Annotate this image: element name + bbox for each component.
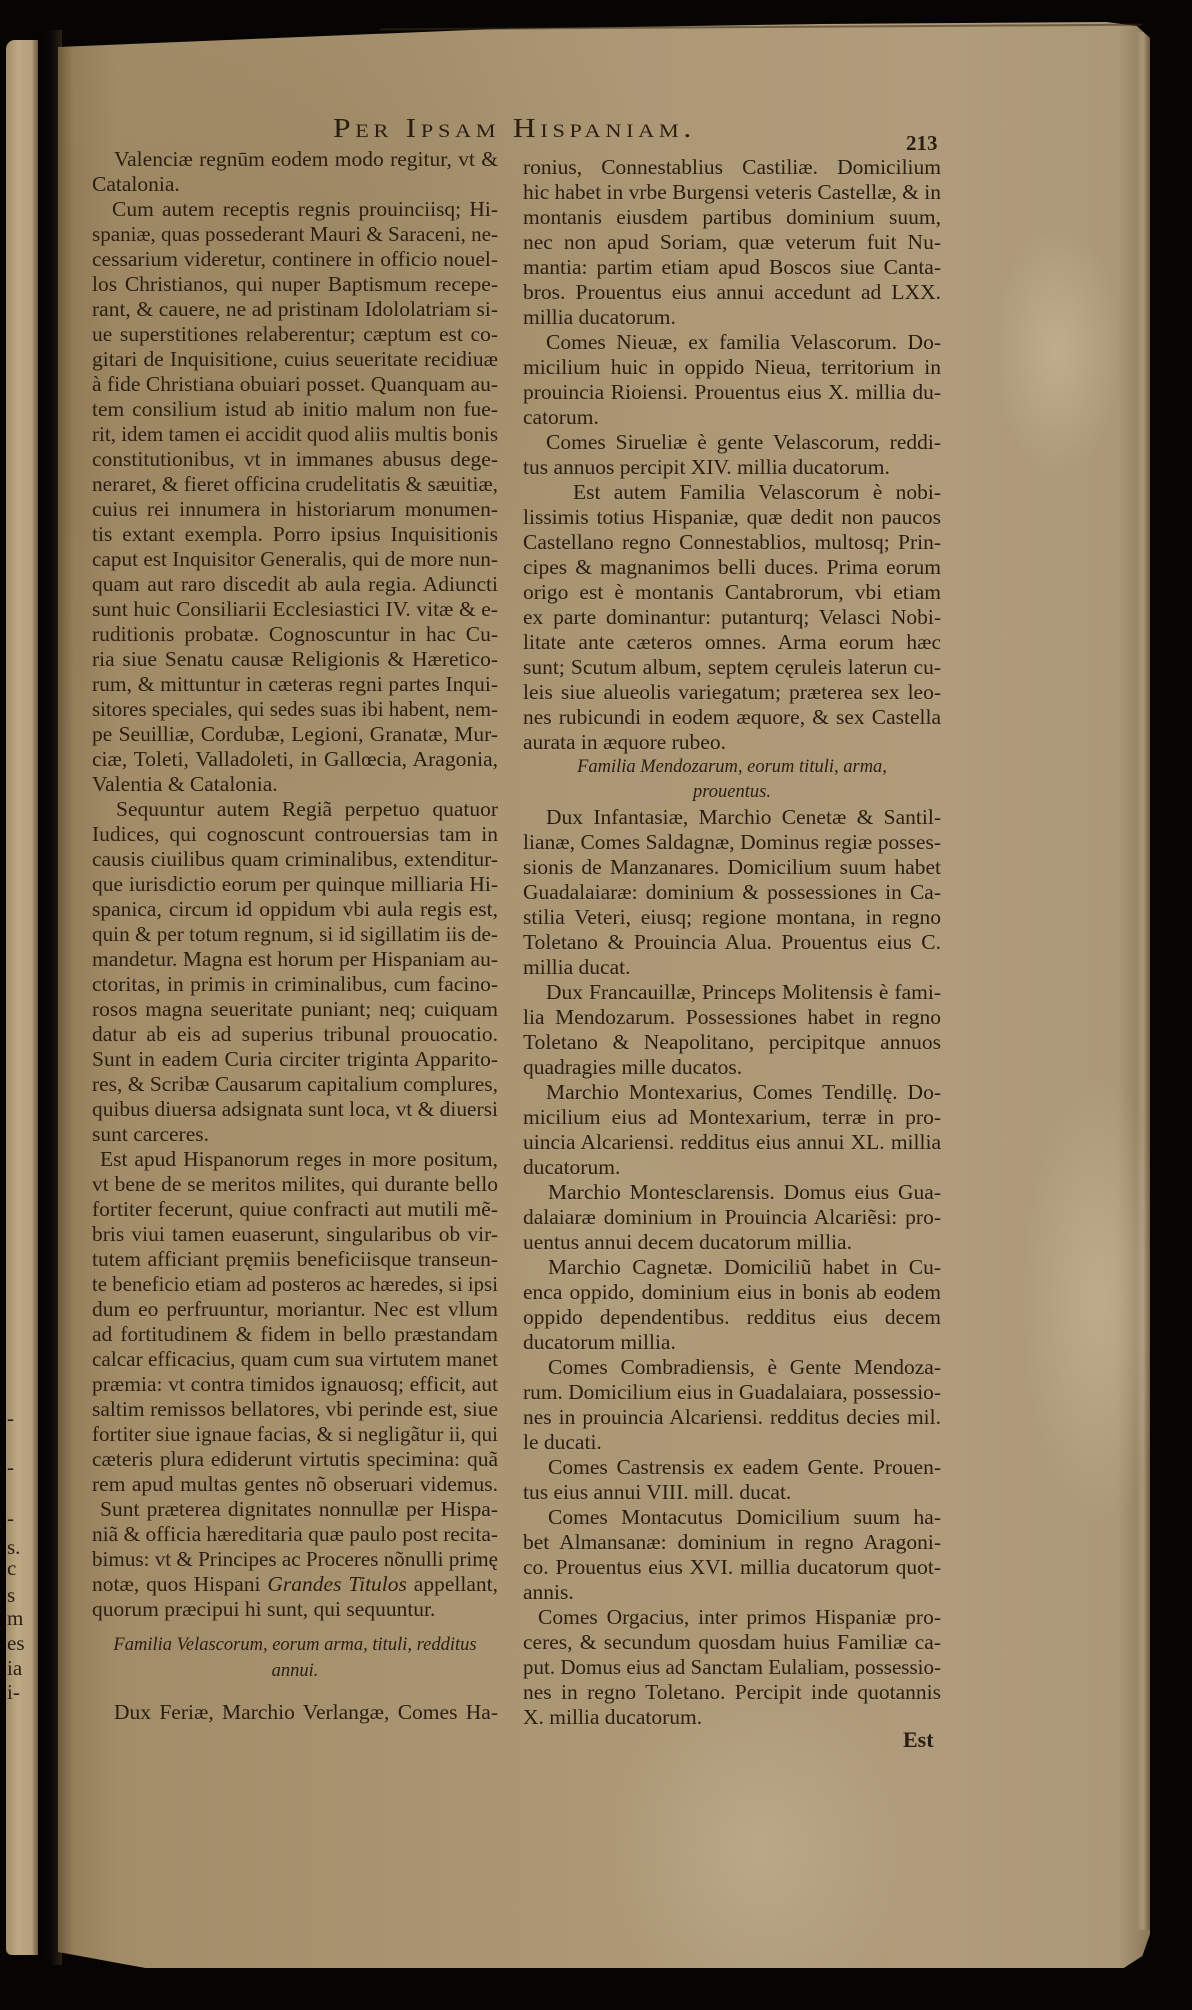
text-line: Castellano regno Connestablios, multosq;… — [523, 530, 941, 555]
line-text: quadragies mille ducatos. — [523, 1055, 742, 1080]
line-text: enca oppido, dominium eius in bonis ab e… — [523, 1280, 941, 1305]
text-line: Dux Infantasiæ, Marchio Cenetæ & Santil- — [523, 805, 941, 830]
text-line: caput est Inquisitor Generalis, qui de m… — [92, 547, 498, 572]
line-text: Castellano regno Connestablios, multosq;… — [523, 530, 941, 555]
line-text: Marchio Montesclarensis. Domus eius Gua- — [548, 1180, 941, 1205]
line-text: Comes Combradiensis, è Gente Mendoza- — [548, 1355, 941, 1380]
text-line: Comes Nieuæ, ex familia Velascorum. Do- — [523, 330, 941, 355]
line-text: rum. Domicilium eius in Guadalaiara, pos… — [523, 1380, 941, 1405]
text-line: uentus annui decem ducatorum millia. — [523, 1230, 941, 1255]
line-text: micilium huic in oppido Nieua, territori… — [523, 355, 941, 380]
text-line: Comes Sirueliæ è gente Velascorum, reddi… — [523, 430, 941, 455]
line-text: ducatorum millia. — [523, 1330, 676, 1355]
line-text: annui. — [272, 1659, 319, 1684]
text-line: le ducati. — [523, 1430, 941, 1455]
line-text: Valenciæ regnūm eodem modo regitur, vt & — [114, 147, 498, 172]
line-text: ue superstitiones relaberentur; cæptum e… — [92, 322, 498, 347]
text-line: ad fortitudinem & fidem in bello præstan… — [92, 1322, 498, 1347]
line-text: Comes Nieuæ, ex familia Velascorum. Do- — [546, 330, 941, 355]
text-line: dum eo perfruuntur, moriantur. Nec est v… — [92, 1297, 498, 1322]
text-line: que iurisdictio eorum per quinque millia… — [92, 872, 498, 897]
text-line: tis extant exempla. Porro ipsius Inquisi… — [92, 522, 498, 547]
line-text: Comes Sirueliæ è gente Velascorum, reddi… — [546, 430, 941, 455]
line-text: stilia Veteri, eiusq; regione montana, i… — [523, 905, 941, 930]
text-line: Cum autem receptis regnis prouinciisq; H… — [92, 197, 498, 222]
text-line: ceres, & secundum quosdam huius Familiæ … — [523, 1630, 941, 1655]
line-text: quibus diuersa adsignata sunt loca, vt &… — [92, 1097, 498, 1122]
line-text: datur ab eis ad superius tribunal prouoc… — [92, 1022, 498, 1047]
line-text: origo est è montanis Cantabrorum, vbi et… — [523, 580, 941, 605]
text-line: rum, & mittuntur in cæteras regni partes… — [92, 672, 498, 697]
text-line: lissimis totius Hispaniæ, quæ dedit non … — [523, 505, 941, 530]
line-text: Est apud Hispanorum reges in more positu… — [100, 1147, 498, 1172]
text-line: fortiter siue ignaue facias, & si neglig… — [92, 1422, 498, 1447]
line-text: res, & Scribæ Causarum capitalium complu… — [92, 1072, 498, 1097]
text-line: tem consilium istud ab initio malum non … — [92, 397, 498, 422]
line-text: dalaiaræ dominium in Prouincia Alcariẽsi… — [523, 1205, 941, 1230]
text-line: ruditionis probatæ. Cognoscuntur in hac … — [92, 622, 498, 647]
text-line: ue superstitiones relaberentur; cæptum e… — [92, 322, 498, 347]
line-text: tutem afficiant pręmiis beneficiisque tr… — [92, 1247, 498, 1272]
line-text: sitores speciales, qui sedes suas ibi ha… — [92, 697, 498, 722]
line-text: Comes Montacutus Domicilium suum ha- — [548, 1505, 941, 1530]
line-text: montanis eiusdem partibus dominium suum, — [523, 205, 941, 230]
text-line: lianæ, Comes Saldagnæ, Dominus regiæ pos… — [523, 830, 941, 855]
text-line: constitutionibus, vt in immanes abusus d… — [92, 447, 498, 472]
text-line: Sunt in eadem Curia circiter triginta Ap… — [92, 1047, 498, 1072]
line-text: sunt; Scutum album, septem cęruleis late… — [523, 655, 941, 680]
running-head: Per Ipsam Hispaniam. — [333, 113, 696, 143]
line-text: neraret, & fieret officina crudelitatis … — [92, 472, 498, 497]
line-text: te beneficio etiam ad posteros ac hærede… — [92, 1272, 498, 1297]
line-text: Marchio Montexarius, Comes Tendillę. Do- — [546, 1080, 941, 1105]
text-line: leis siue alueolis variegatum; præterea … — [523, 680, 941, 705]
line-text: prouentus. — [693, 780, 771, 805]
line-text: Catalonia. — [92, 172, 180, 197]
previous-page-text-fragment: - — [7, 1506, 14, 1530]
text-line: spaniæ, quas possederant Mauri & Saracen… — [92, 222, 498, 247]
text-line: mantia: partim etiam apud Boscos siue Ca… — [523, 255, 941, 280]
line-text: spaniæ, quas possederant Mauri & Saracen… — [92, 222, 498, 247]
previous-page-text-fragment: - — [7, 1455, 14, 1479]
text-line: neraret, & fieret officina crudelitatis … — [92, 472, 498, 497]
text-line: bris viui tamen euaserunt, singularibus … — [92, 1222, 498, 1247]
text-line: sunt; Scutum album, septem cęruleis late… — [523, 655, 941, 680]
page-fore-edge — [1136, 32, 1150, 1930]
text-line: uincia Alcariensi. redditus eius annui X… — [523, 1130, 941, 1155]
text-line: prouincia Rioiensi. Prouentus eius X. mi… — [523, 380, 941, 405]
text-line: nes in regno Toletano. Percipit inde quo… — [523, 1680, 941, 1705]
line-text: Guadalaiaræ: dominium & possessiones in … — [523, 880, 941, 905]
text-line: micilium huic in oppido Nieua, territori… — [523, 355, 941, 380]
line-text: uentus annui decem ducatorum millia. — [523, 1230, 852, 1255]
text-line: enca oppido, dominium eius in bonis ab e… — [523, 1280, 941, 1305]
scanned-book-spread: - - - s. c s m es ia i- Per Ipsam Hispan… — [0, 0, 1192, 2010]
line-text: tus annuos percipit XIV. millia ducatoru… — [523, 455, 890, 480]
text-line: put. Domus eius ad Sanctam Eulaliam, pos… — [523, 1655, 941, 1680]
previous-page-text-fragment: - — [7, 1406, 14, 1430]
previous-page-text-fragment: i- — [7, 1680, 20, 1704]
line-text: nes rubicundi in eodem æquore, & sex Cas… — [523, 705, 941, 730]
previous-page-text-fragment: m — [7, 1606, 23, 1630]
text-line: calcar efficacius, quam cum sua virtutem… — [92, 1347, 498, 1372]
text-line: gitari de Inquisitione, cuius seueritate… — [92, 347, 498, 372]
text-line: saltim remissos bellatores, vbi perinde … — [92, 1397, 498, 1422]
previous-page-text-fragment: ia — [7, 1656, 22, 1680]
line-text: vt bene de se meritos milites, qui duran… — [92, 1172, 498, 1197]
line-text: prouincia Rioiensi. Prouentus eius X. mi… — [523, 380, 941, 405]
line-text: leis siue alueolis variegatum; præterea … — [523, 680, 941, 705]
line-text: spanica, circum id oppidum vbi aula regi… — [92, 897, 498, 922]
text-line: Est apud Hispanorum reges in more positu… — [92, 1147, 498, 1172]
line-text: caput est Inquisitor Generalis, qui de m… — [92, 547, 498, 572]
line-text: niã & officia hæreditaria quæ paulo post… — [92, 1522, 498, 1547]
text-line: ducatorum. — [523, 1155, 941, 1180]
line-text: tus eius annui VIII. mill. ducat. — [523, 1480, 791, 1505]
line-text: mandetur. Magna est horum per Hispaniam … — [92, 947, 498, 972]
text-line: sunt carceres. — [92, 1122, 498, 1147]
text-line: rosos magna seueritate puniant; neq; cui… — [92, 997, 498, 1022]
line-text: saltim remissos bellatores, vbi perinde … — [92, 1397, 498, 1422]
line-text: rant, & cauere, ne ad pristinam Idololat… — [92, 297, 498, 322]
line-text: millia ducatorum. — [523, 305, 676, 330]
line-text: bros. Prouentus eius annui accedunt ad L… — [523, 280, 941, 305]
line-text: lianæ, Comes Saldagnæ, Dominus regiæ pos… — [523, 830, 941, 855]
line-text: Dux Infantasiæ, Marchio Cenetæ & Santil- — [546, 805, 941, 830]
page-number: 213 — [906, 131, 938, 155]
right-text-column: ronius, Connestablius Castiliæ. Domicili… — [523, 155, 941, 1730]
text-line: nec non apud Soriam, quæ veterum fuit Nu… — [523, 230, 941, 255]
text-line: cipes & magnanimos belli duces. Prima eo… — [523, 555, 941, 580]
line-text: rosos magna seueritate puniant; neq; cui… — [92, 997, 498, 1022]
line-text: cæteris plura ediderunt virtutis specimi… — [92, 1447, 498, 1472]
line-text: præmia: vt contra timidos ignauosq; effi… — [92, 1372, 498, 1397]
text-line: Comes Castrensis ex eadem Gente. Prouen- — [523, 1455, 941, 1480]
line-text: ria siue Senatu causæ Religionis & Hæret… — [92, 647, 498, 672]
line-text: tem consilium istud ab initio malum non … — [92, 397, 498, 422]
line-text: cuius rei innumera in historiarum monume… — [92, 497, 498, 522]
line-text: Comes Orgacius, inter primos Hispaniæ pr… — [538, 1605, 941, 1630]
text-line: Dux Feriæ, Marchio Verlangæ, Comes Ha- — [92, 1700, 498, 1725]
previous-page-text-fragment: es — [7, 1631, 25, 1655]
line-text: sunt huic Consiliarii Ecclesiastici IV. … — [92, 597, 498, 622]
line-text: Cum autem receptis regnis prouinciisq; H… — [112, 197, 498, 222]
text-line: montanis eiusdem partibus dominium suum, — [523, 205, 941, 230]
line-text: micilium eius ad Montexarium, terræ in p… — [523, 1105, 941, 1130]
line-text: Valentia & Catalonia. — [92, 772, 278, 797]
line-text: bris viui tamen euaserunt, singularibus … — [92, 1222, 498, 1247]
line-text: dum eo perfruuntur, moriantur. Nec est v… — [92, 1297, 498, 1322]
line-text: co. Prouentus eius XVI. millia ducatorum… — [523, 1555, 941, 1580]
text-line: fortiter fecerunt, quiue confracti aut m… — [92, 1197, 498, 1222]
text-line: ex parte dominantur: putanturq; Velasci … — [523, 605, 941, 630]
text-line: Catalonia. — [92, 172, 498, 197]
text-line: rit, idem tamen ei accidit quod aliis mu… — [92, 422, 498, 447]
line-text: rum, & mittuntur in cæteras regni partes… — [92, 672, 498, 697]
text-line: litate ante cæteros omnes. Arma eorum hæ… — [523, 630, 941, 655]
text-line: stilia Veteri, eiusq; regione montana, i… — [523, 905, 941, 930]
line-text: quam aut raro discedit ab aula regia. Ad… — [92, 572, 498, 597]
line-text: fortiter siue ignaue facias, & si neglig… — [92, 1422, 498, 1447]
line-text: ronius, Connestablius Castiliæ. Domicili… — [523, 155, 941, 180]
section-heading-line: Familia Mendozarum, eorum tituli, arma, — [523, 755, 941, 780]
line-text: catorum. — [523, 405, 599, 430]
text-line: datur ab eis ad superius tribunal prouoc… — [92, 1022, 498, 1047]
text-line: dalaiaræ dominium in Prouincia Alcariẽsi… — [523, 1205, 941, 1230]
previous-page-text-fragment: c — [7, 1556, 16, 1580]
text-line: cæteris plura ediderunt virtutis specimi… — [92, 1447, 498, 1472]
text-line: oppido dependentibus. redditus eius dece… — [523, 1305, 941, 1330]
text-line: catorum. — [523, 405, 941, 430]
text-line: rem apud multas gentes nõ obseruari vide… — [92, 1472, 498, 1497]
text-line: quorum præcipui hi sunt, qui sequuntur. — [92, 1597, 498, 1622]
line-text: Sequuntur autem Regiã perpetuo quatuor — [116, 797, 498, 822]
text-line: ctoritas, in primis in criminalibus, cum… — [92, 972, 498, 997]
line-text: nec non apud Soriam, quæ veterum fuit Nu… — [523, 230, 941, 255]
text-line: Guadalaiaræ: dominium & possessiones in … — [523, 880, 941, 905]
text-line: cuius rei innumera in historiarum monume… — [92, 497, 498, 522]
text-line: Est autem Familia Velascorum è nobi- — [523, 480, 941, 505]
line-text: ruditionis probatæ. Cognoscuntur in hac … — [92, 622, 498, 647]
text-line: Comes Orgacius, inter primos Hispaniæ pr… — [523, 1605, 941, 1630]
line-text: ducatorum. — [523, 1155, 620, 1180]
text-segment: notæ, quos Hispani — [92, 1572, 267, 1596]
line-text: rem apud multas gentes nõ obseruari vide… — [92, 1472, 498, 1497]
line-text: aurata in æquore rubeo. — [523, 730, 726, 755]
text-line: millia ducat. — [523, 955, 941, 980]
catchword: Est — [903, 1728, 934, 1752]
line-text: put. Domus eius ad Sanctam Eulaliam, pos… — [523, 1655, 941, 1680]
text-line: Sequuntur autem Regiã perpetuo quatuor — [92, 797, 498, 822]
line-text: Comes Castrensis ex eadem Gente. Prouen- — [548, 1455, 941, 1480]
line-text: ctoritas, in primis in criminalibus, cum… — [92, 972, 498, 997]
line-text: gitari de Inquisitione, cuius seueritate… — [92, 347, 498, 372]
text-line: tus eius annui VIII. mill. ducat. — [523, 1480, 941, 1505]
text-line: Comes Combradiensis, è Gente Mendoza- — [523, 1355, 941, 1380]
section-heading-line: Familia Velascorum, eorum arma, tituli, … — [92, 1633, 498, 1659]
text-line: Dux Francauillæ, Princeps Molitensis è f… — [523, 980, 941, 1005]
line-text: mantia: partim etiam apud Boscos siue Ca… — [523, 255, 941, 280]
line-text: Dux Feriæ, Marchio Verlangæ, Comes Ha- — [114, 1700, 498, 1725]
text-line: res, & Scribæ Causarum capitalium complu… — [92, 1072, 498, 1097]
line-text: annis. — [523, 1580, 574, 1605]
line-text: causis ciuilibus quam criminalibus, exte… — [92, 847, 498, 872]
text-line: rant, & cauere, ne ad pristinam Idololat… — [92, 297, 498, 322]
text-line: Valentia & Catalonia. — [92, 772, 498, 797]
line-text: nes in regno Toletano. Percipit inde quo… — [523, 1680, 941, 1705]
line-text: Est autem Familia Velascorum è nobi- — [573, 480, 941, 505]
text-line: nes in prouincia Alcariensi. redditus de… — [523, 1405, 941, 1430]
text-line: bros. Prouentus eius annui accedunt ad L… — [523, 280, 941, 305]
text-line: cessarium videretur, continere in offici… — [92, 247, 498, 272]
line-text: Marchio Cagnetæ. Domiciliũ habet in Cu- — [548, 1255, 941, 1280]
text-line: causis ciuilibus quam criminalibus, exte… — [92, 847, 498, 872]
text-line: sunt huic Consiliarii Ecclesiastici IV. … — [92, 597, 498, 622]
text-line: Valenciæ regnūm eodem modo regitur, vt & — [92, 147, 498, 172]
line-text: Familia Velascorum, eorum arma, tituli, … — [113, 1633, 476, 1658]
text-line: vt bene de se meritos milites, qui duran… — [92, 1172, 498, 1197]
line-text: sionis de Manzanares. Domicilium suum ha… — [523, 855, 941, 880]
text-line: quin & per totum regnum, si id sigillati… — [92, 922, 498, 947]
line-text: lia Mendozarum. Possessiones habet in re… — [523, 1005, 941, 1030]
line-text: cessarium videretur, continere in offici… — [92, 247, 498, 272]
text-line: co. Prouentus eius XVI. millia ducatorum… — [523, 1555, 941, 1580]
line-text: notæ, quos Hispani Grandes Titulos appel… — [92, 1572, 498, 1597]
text-line: aurata in æquore rubeo. — [523, 730, 941, 755]
text-line: hic habet in vrbe Burgensi veteris Caste… — [523, 180, 941, 205]
line-text: ciæ, Toleti, Valladoleti, in Gallœcia, A… — [92, 747, 498, 772]
line-text: oppido dependentibus. redditus eius dece… — [523, 1305, 941, 1330]
line-text: X. millia ducatorum. — [523, 1705, 702, 1730]
line-text: constitutionibus, vt in immanes abusus d… — [92, 447, 498, 472]
text-line: bimus: vt & Principes ac Proceres nõnull… — [92, 1547, 498, 1572]
text-line: à fide Christiana obuiari posset. Quanqu… — [92, 372, 498, 397]
text-line: X. millia ducatorum. — [523, 1705, 941, 1730]
text-line: ria siue Senatu causæ Religionis & Hæret… — [92, 647, 498, 672]
text-line: Sunt præterea dignitates nonnullæ per Hi… — [92, 1497, 498, 1522]
text-line: origo est è montanis Cantabrorum, vbi et… — [523, 580, 941, 605]
line-text: ex parte dominantur: putanturq; Velasci … — [523, 605, 941, 630]
text-line: Toletano & Prouincia Alua. Prouentus eiu… — [523, 930, 941, 955]
line-text: bet Almansanæ: dominium in regno Aragoni… — [523, 1530, 941, 1555]
line-text: pe Seuilliæ, Cordubæ, Legioni, Granatæ, … — [92, 722, 498, 747]
line-text: Sunt in eadem Curia circiter triginta Ap… — [92, 1047, 498, 1072]
line-text: Toletano & Neapolitano, percipitque annu… — [523, 1030, 941, 1055]
line-text: uincia Alcariensi. redditus eius annui X… — [523, 1130, 941, 1155]
text-line: ciæ, Toleti, Valladoleti, in Gallœcia, A… — [92, 747, 498, 772]
text-line: quam aut raro discedit ab aula regia. Ad… — [92, 572, 498, 597]
text-line: tus annuos percipit XIV. millia ducatoru… — [523, 455, 941, 480]
line-text: calcar efficacius, quam cum sua virtutem… — [92, 1347, 498, 1372]
text-line: Iudices, qui cognoscunt controuersias ta… — [92, 822, 498, 847]
text-line: millia ducatorum. — [523, 305, 941, 330]
text-line: Marchio Cagnetæ. Domiciliũ habet in Cu- — [523, 1255, 941, 1280]
text-line: lia Mendozarum. Possessiones habet in re… — [523, 1005, 941, 1030]
line-text: quorum præcipui hi sunt, qui sequuntur. — [92, 1597, 435, 1622]
line-text: que iurisdictio eorum per quinque millia… — [92, 872, 498, 897]
line-text: ad fortitudinem & fidem in bello præstan… — [92, 1322, 498, 1347]
text-line: Marchio Montexarius, Comes Tendillę. Do- — [523, 1080, 941, 1105]
line-text: tis extant exempla. Porro ipsius Inquisi… — [92, 522, 498, 547]
section-heading-line: annui. — [92, 1659, 498, 1685]
text-line: sionis de Manzanares. Domicilium suum ha… — [523, 855, 941, 880]
line-text: los Christianos, qui nuper Baptismum rec… — [92, 272, 498, 297]
text-line: Marchio Montesclarensis. Domus eius Gua- — [523, 1180, 941, 1205]
text-line: niã & officia hæreditaria quæ paulo post… — [92, 1522, 498, 1547]
previous-page-edge: - - - s. c s m es ia i- — [6, 40, 38, 1955]
text-line: micilium eius ad Montexarium, terræ in p… — [523, 1105, 941, 1130]
text-line: annis. — [523, 1580, 941, 1605]
line-text: nes in prouincia Alcariensi. redditus de… — [523, 1405, 941, 1430]
text-line: los Christianos, qui nuper Baptismum rec… — [92, 272, 498, 297]
line-text: Familia Mendozarum, eorum tituli, arma, — [577, 755, 887, 780]
text-line: bet Almansanæ: dominium in regno Aragoni… — [523, 1530, 941, 1555]
text-line: pe Seuilliæ, Cordubæ, Legioni, Granatæ, … — [92, 722, 498, 747]
line-text: rit, idem tamen ei accidit quod aliis mu… — [92, 422, 498, 447]
text-line: quadragies mille ducatos. — [523, 1055, 941, 1080]
text-segment: appellant, — [407, 1572, 498, 1596]
line-text: quin & per totum regnum, si id sigillati… — [92, 922, 498, 947]
line-text: fortiter fecerunt, quiue confracti aut m… — [92, 1197, 498, 1222]
text-line: spanica, circum id oppidum vbi aula regi… — [92, 897, 498, 922]
line-text: bimus: vt & Principes ac Proceres nõnull… — [92, 1547, 498, 1572]
line-text: lissimis totius Hispaniæ, quæ dedit non … — [523, 505, 941, 530]
line-text: Sunt præterea dignitates nonnullæ per Hi… — [100, 1497, 498, 1522]
text-line: mandetur. Magna est horum per Hispaniam … — [92, 947, 498, 972]
text-line: Toletano & Neapolitano, percipitque annu… — [523, 1030, 941, 1055]
line-text: Toletano & Prouincia Alua. Prouentus eiu… — [523, 930, 941, 955]
text-line: præmia: vt contra timidos ignauosq; effi… — [92, 1372, 498, 1397]
text-line: te beneficio etiam ad posteros ac hærede… — [92, 1272, 498, 1297]
text-line: rum. Domicilium eius in Guadalaiara, pos… — [523, 1380, 941, 1405]
text-line: nes rubicundi in eodem æquore, & sex Cas… — [523, 705, 941, 730]
text-line: ronius, Connestablius Castiliæ. Domicili… — [523, 155, 941, 180]
text-line: sitores speciales, qui sedes suas ibi ha… — [92, 697, 498, 722]
section-heading-line: prouentus. — [523, 780, 941, 805]
line-text: à fide Christiana obuiari posset. Quanqu… — [92, 372, 498, 397]
line-text: ceres, & secundum quosdam huius Familiæ … — [523, 1630, 941, 1655]
line-text: Dux Francauillæ, Princeps Molitensis è f… — [546, 980, 941, 1005]
italic-phrase: Grandes Titulos — [267, 1572, 407, 1596]
line-text: litate ante cæteros omnes. Arma eorum hæ… — [523, 630, 941, 655]
line-text: millia ducat. — [523, 955, 630, 980]
text-line: notæ, quos Hispani Grandes Titulos appel… — [92, 1572, 498, 1597]
text-line: ducatorum millia. — [523, 1330, 941, 1355]
text-line: quibus diuersa adsignata sunt loca, vt &… — [92, 1097, 498, 1122]
line-text: cipes & magnanimos belli duces. Prima eo… — [523, 555, 941, 580]
left-text-column: Valenciæ regnūm eodem modo regitur, vt &… — [92, 147, 498, 1725]
text-line: Comes Montacutus Domicilium suum ha- — [523, 1505, 941, 1530]
line-text: Iudices, qui cognoscunt controuersias ta… — [92, 822, 498, 847]
previous-page-text-fragment: s — [7, 1583, 15, 1607]
text-line: tutem afficiant pręmiis beneficiisque tr… — [92, 1247, 498, 1272]
line-text: le ducati. — [523, 1430, 602, 1455]
line-text: hic habet in vrbe Burgensi veteris Caste… — [523, 180, 941, 205]
line-text: sunt carceres. — [92, 1122, 209, 1147]
